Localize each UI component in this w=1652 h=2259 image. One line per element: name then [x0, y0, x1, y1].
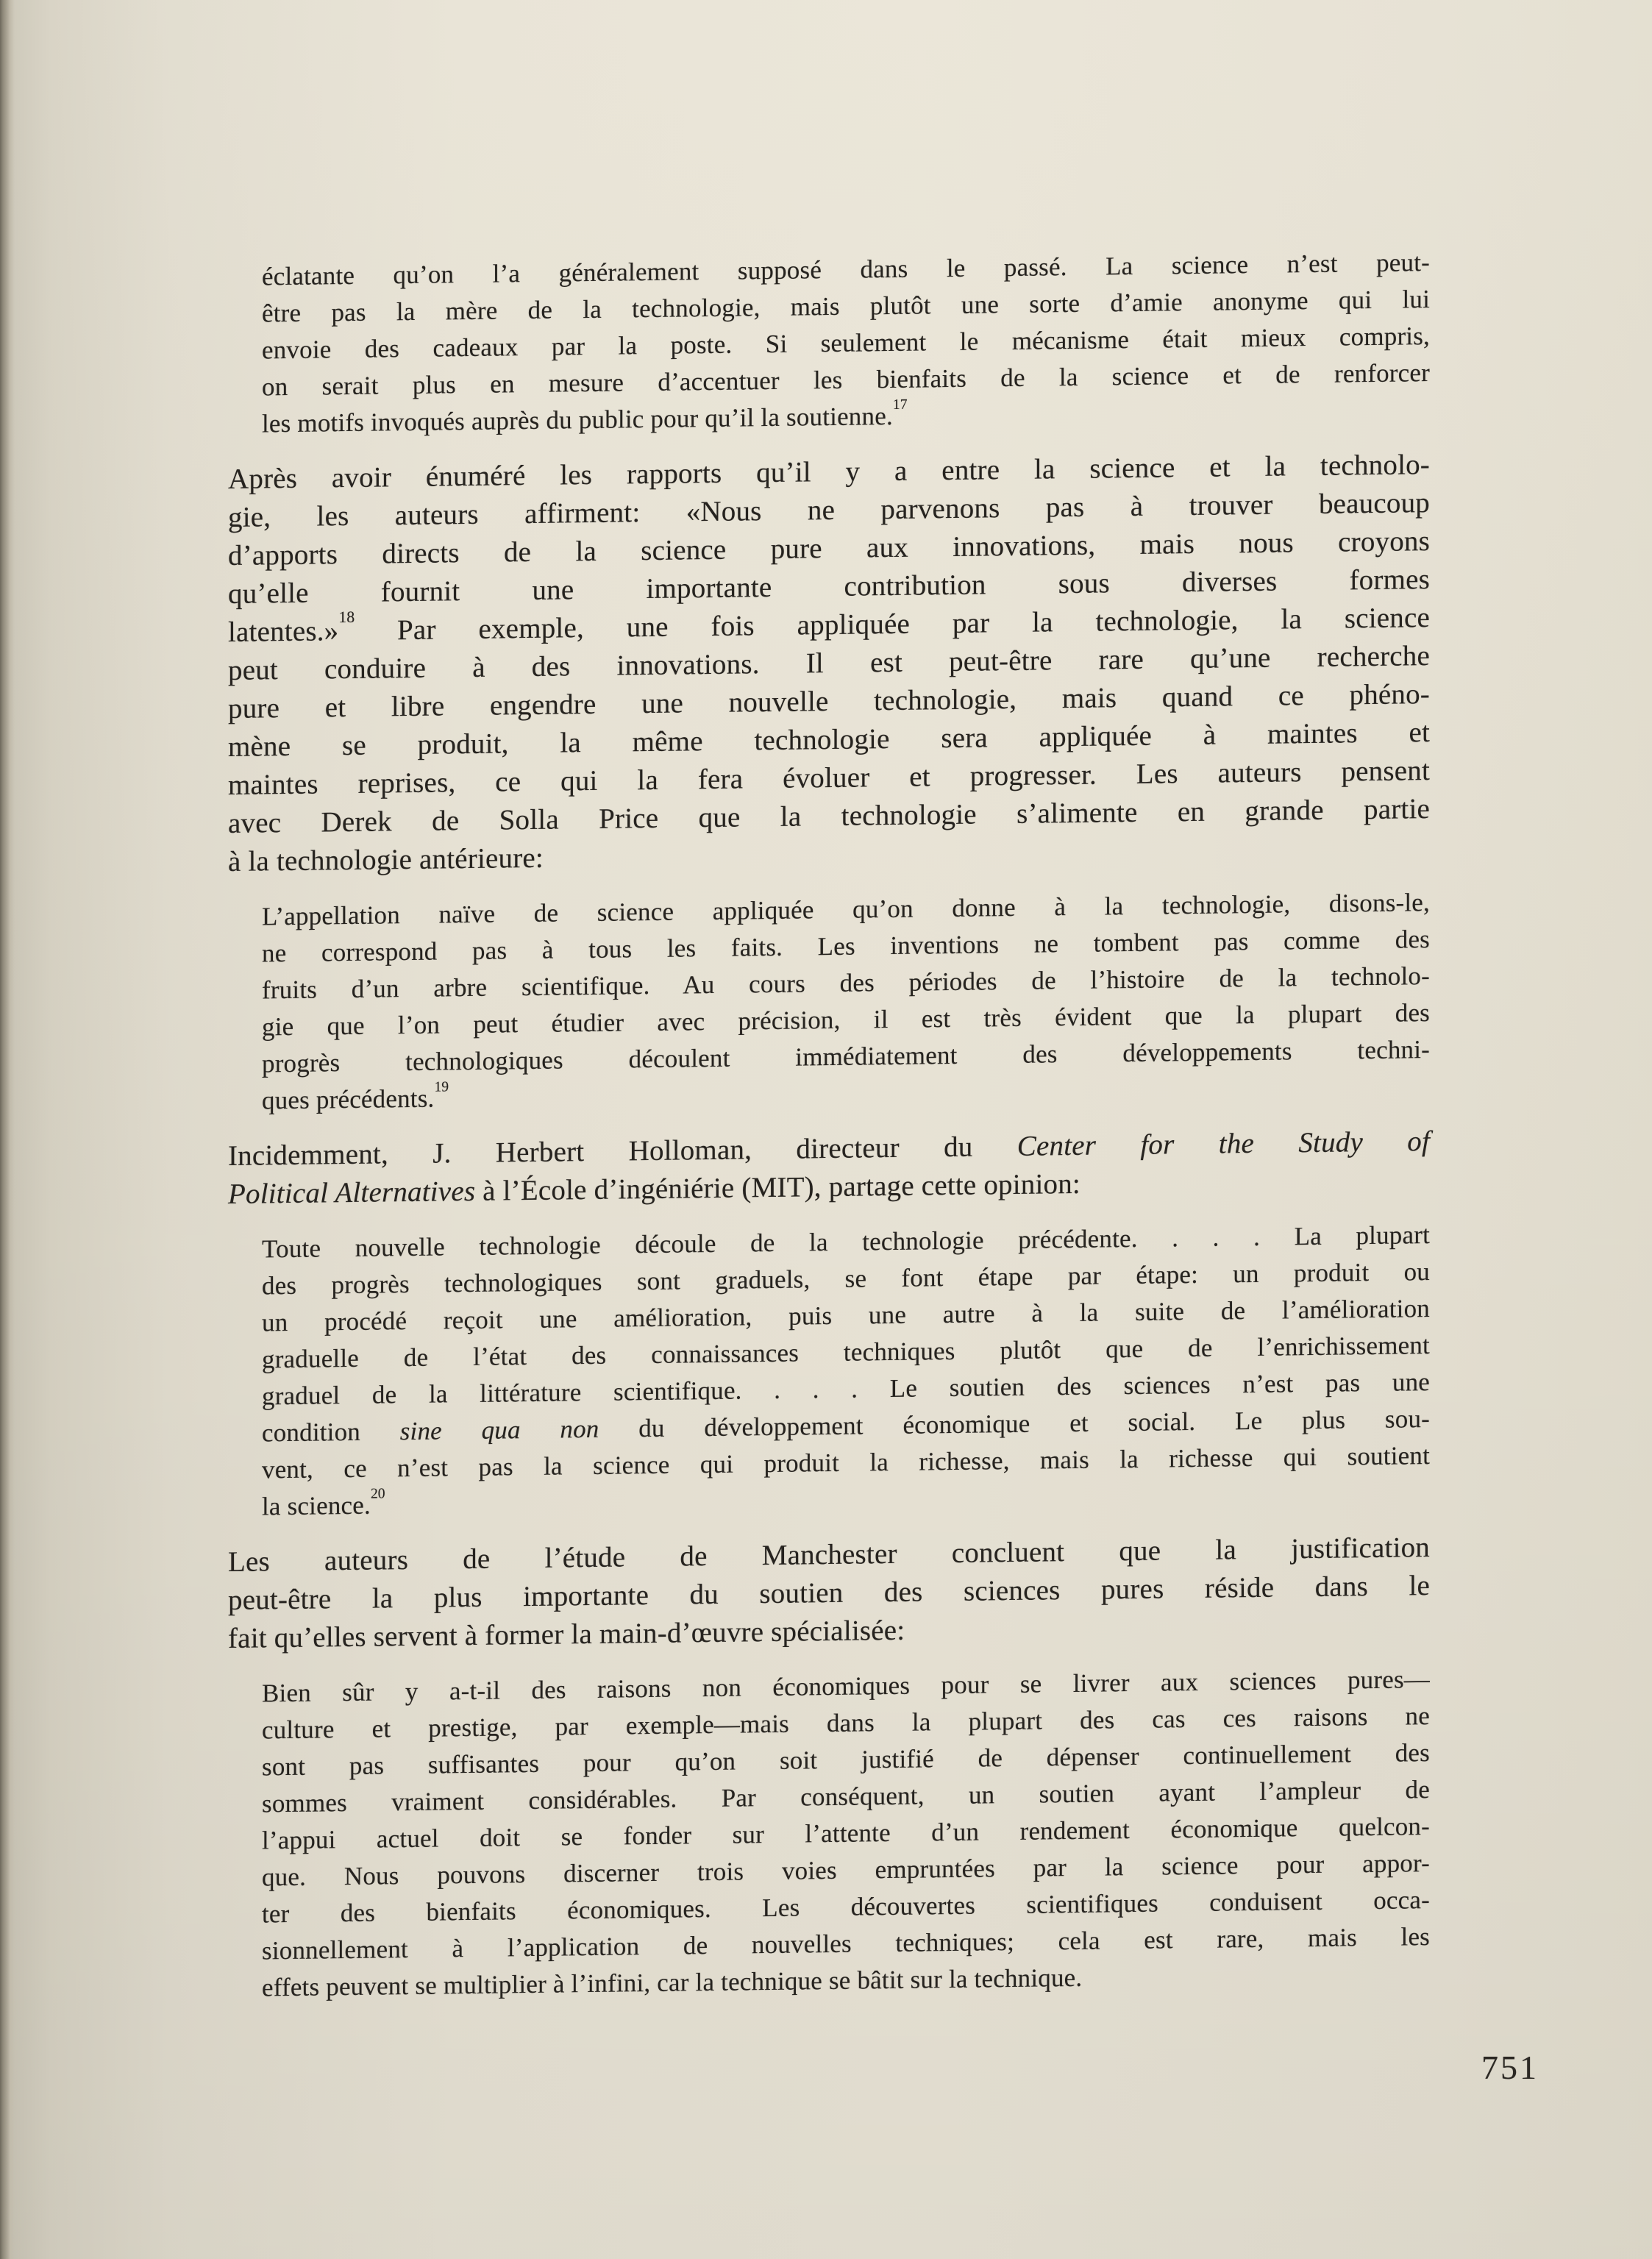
scanned-page: éclatante qu’on l’a généralement supposé… — [0, 0, 1652, 2259]
block-quote: L’appellation naïve de science appliquée… — [262, 884, 1430, 1119]
footnote-marker: 20 — [371, 1486, 385, 1501]
block-quote: Bien sûr y a-t-il des raisons non économ… — [262, 1661, 1430, 2006]
footnote-marker: 17 — [893, 396, 908, 412]
paragraph: Les auteurs de l’étude de Manchester con… — [228, 1529, 1430, 1658]
block-quote: éclatante qu’on l’a généralement supposé… — [262, 244, 1430, 442]
paragraph: Après avoir énuméré les rapports qu’il y… — [228, 446, 1430, 881]
page-number: 751 — [1481, 2048, 1539, 2087]
footnote-marker: 19 — [435, 1079, 449, 1095]
block-quote: Toute nouvelle technologie découle de la… — [262, 1217, 1430, 1525]
italic-text: Political Alternatives — [228, 1175, 475, 1210]
page-left-edge — [0, 0, 15, 2259]
italic-text: Center for the Study of — [1017, 1125, 1430, 1162]
page-text: éclatante qu’on l’a généralement supposé… — [228, 244, 1430, 2007]
paragraph: Incidemment, J. Herbert Holloman, direct… — [228, 1123, 1430, 1214]
italic-text: sine qua non — [400, 1415, 599, 1445]
footnote-marker: 18 — [338, 608, 355, 626]
